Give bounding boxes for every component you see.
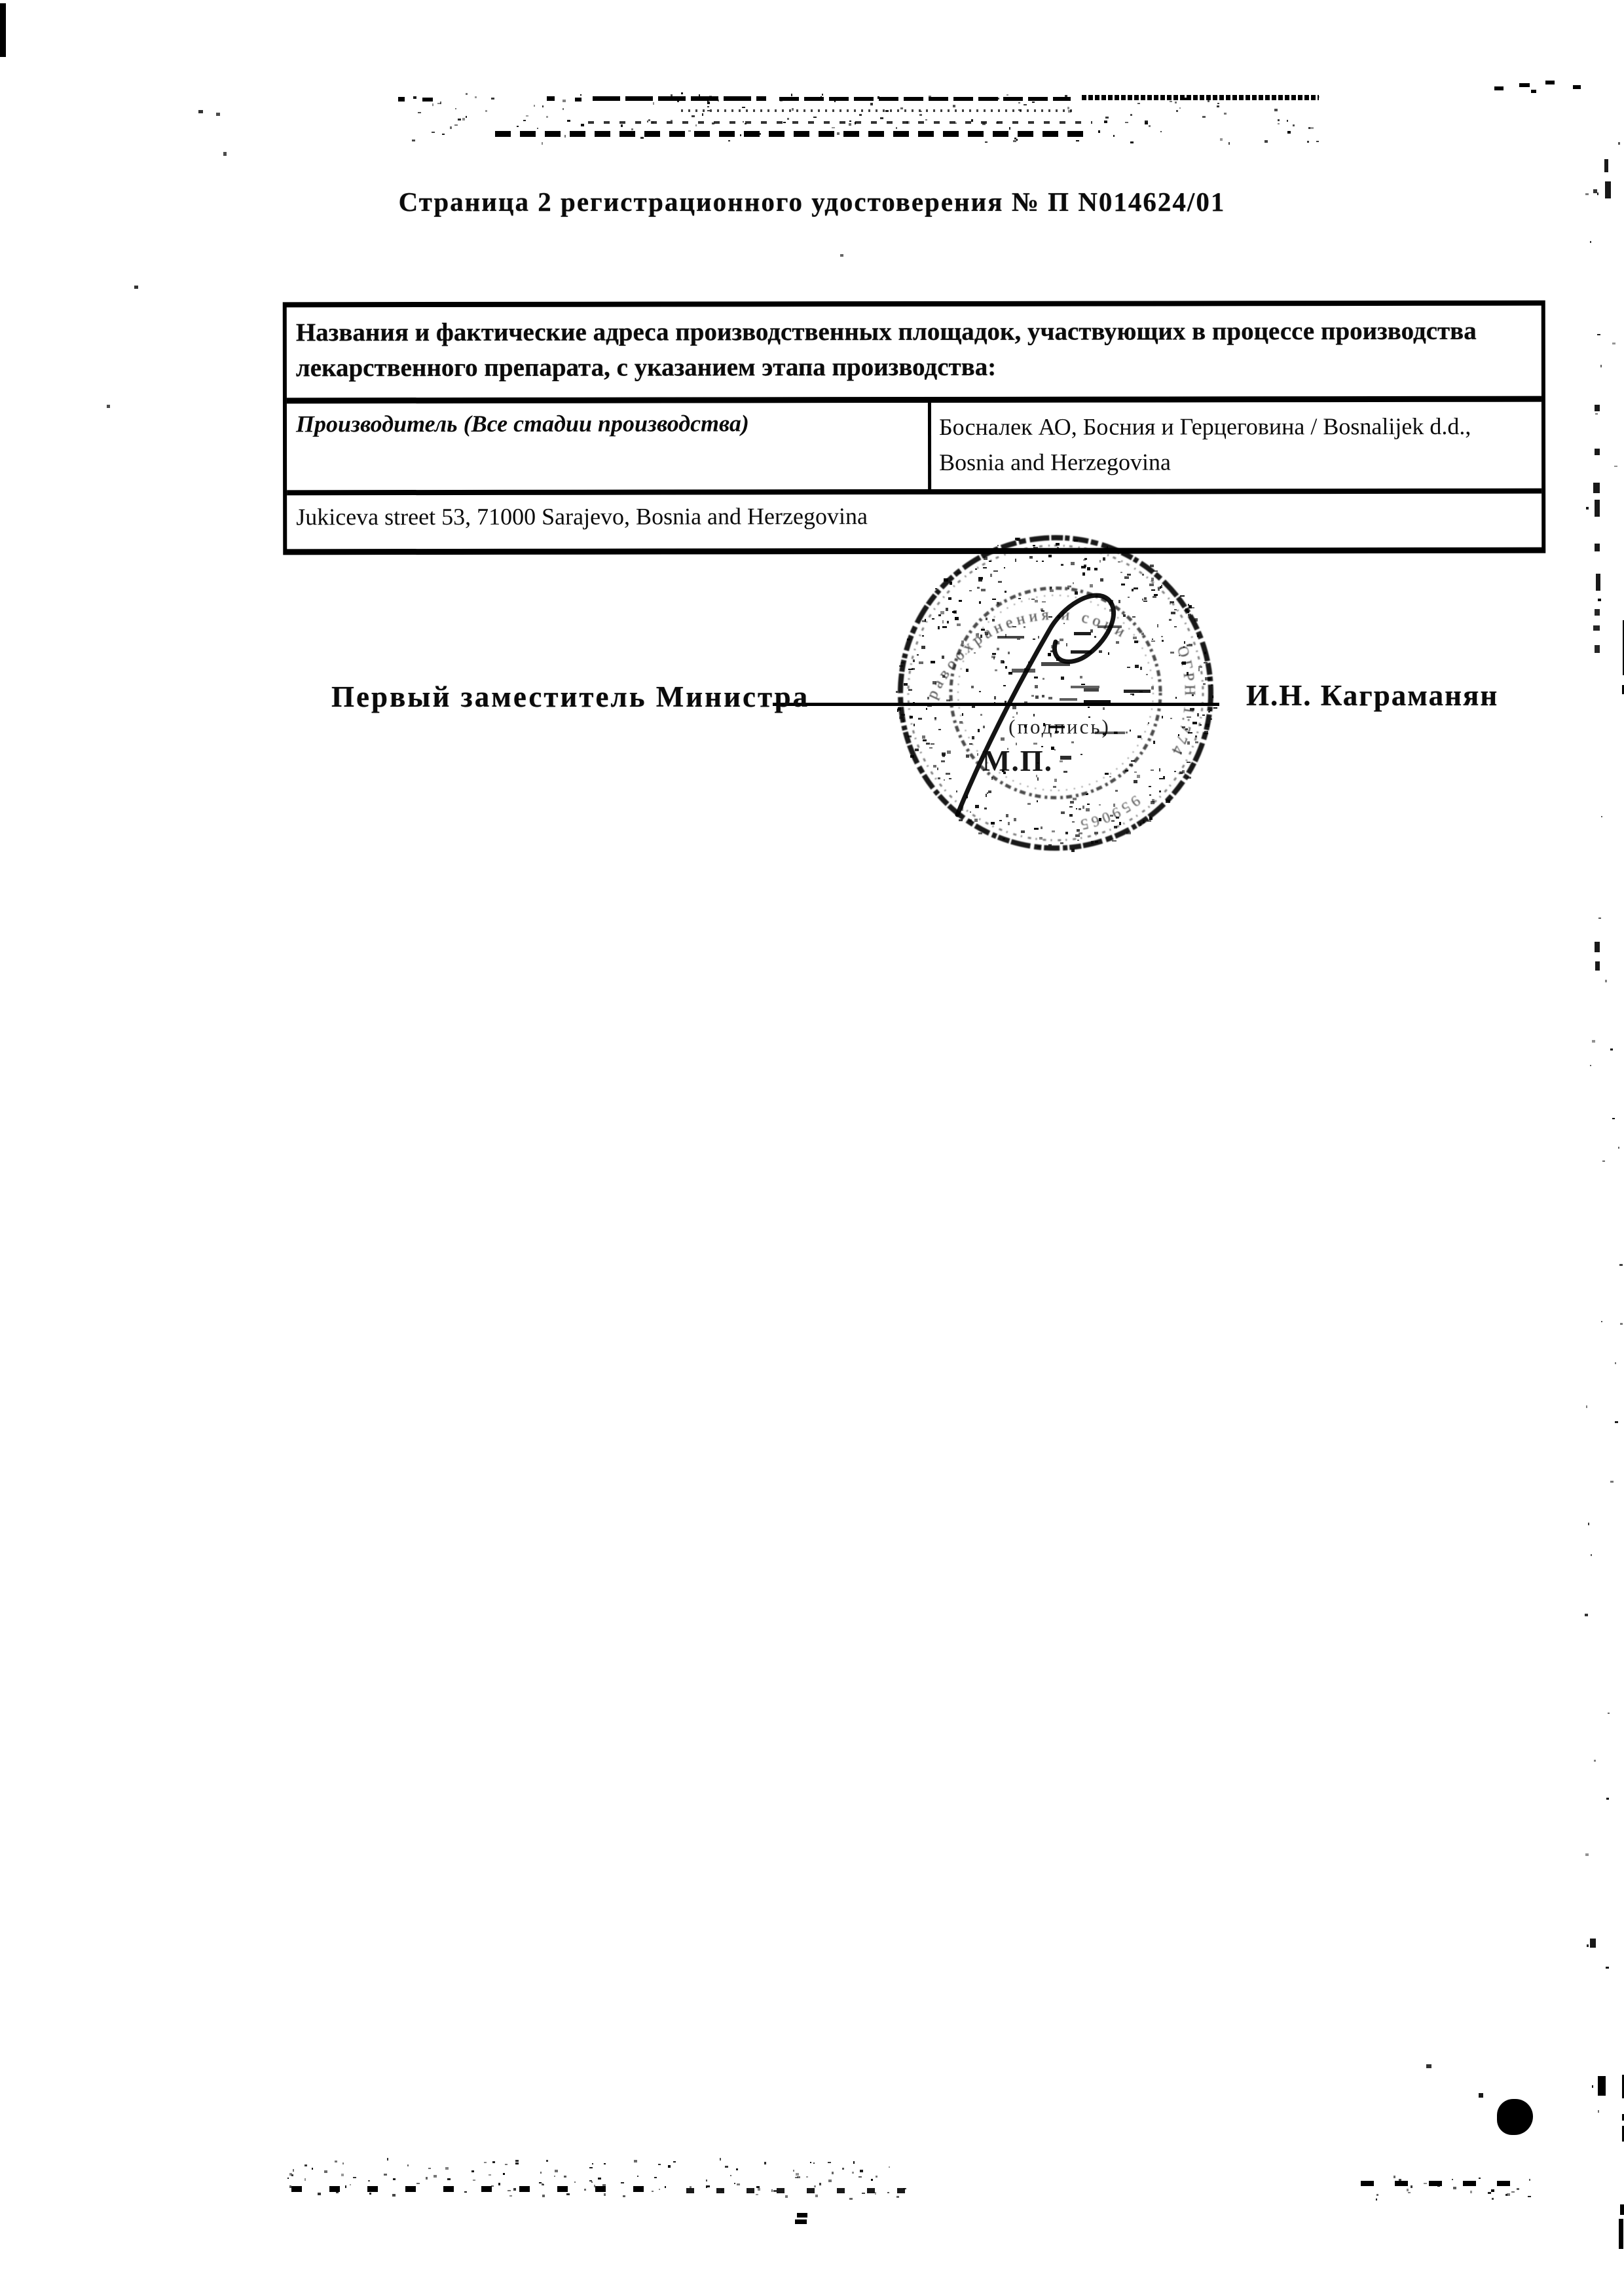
scan-artifact [1024, 626, 1025, 628]
scan-artifact [1067, 107, 1069, 109]
scan-artifact [1153, 596, 1156, 598]
scan-artifact [1606, 1798, 1609, 1800]
scan-artifact [1170, 101, 1172, 102]
scan-artifact [947, 621, 949, 623]
scan-artifact [1074, 540, 1078, 542]
scan-artifact [1081, 566, 1086, 568]
scan-artifact [1120, 572, 1122, 573]
scan-artifact [671, 120, 673, 121]
scan-artifact [546, 116, 548, 118]
scan-artifact [537, 128, 538, 129]
scan-artifact [980, 635, 982, 638]
table-header: Названия и фактические адреса производст… [287, 306, 1541, 403]
scan-artifact [387, 2158, 388, 2161]
scan-artifact [598, 2178, 601, 2180]
scan-artifact [984, 557, 987, 560]
scan-artifact [1595, 942, 1600, 952]
scan-artifact [464, 2191, 467, 2193]
scan-artifact [1109, 609, 1113, 612]
scan-artifact [969, 819, 972, 822]
scan-artifact [555, 2170, 558, 2172]
scan-artifact [640, 137, 644, 139]
scan-artifact [1023, 549, 1025, 552]
scan-artifact [492, 2161, 495, 2163]
scan-artifact [681, 109, 1074, 112]
scan-artifact [1142, 574, 1144, 576]
scan-artifact [1595, 961, 1600, 971]
scan-artifact [1028, 661, 1030, 663]
scan-artifact [1042, 695, 1044, 697]
scan-artifact [756, 2194, 758, 2195]
scan-artifact [1479, 2093, 1483, 2098]
scan-artifact [983, 726, 985, 728]
scan-artifact [1069, 806, 1073, 807]
scan-artifact [1176, 110, 1178, 112]
scan-artifact [910, 716, 913, 718]
scan-artifact [462, 118, 465, 121]
scan-artifact [1075, 834, 1080, 837]
scan-artifact [997, 98, 999, 100]
scan-artifact [1111, 820, 1115, 822]
scan-artifact [1130, 114, 1132, 116]
scan-artifact [1110, 815, 1113, 817]
scan-artifact [1067, 585, 1071, 587]
scan-artifact [969, 590, 972, 591]
scan-artifact [783, 122, 786, 123]
scan-artifact [1393, 2176, 1395, 2178]
producer-row: Производитель (Все стадии производства) … [287, 401, 1541, 495]
scan-artifact [955, 617, 959, 620]
scan-artifact [1075, 591, 1078, 595]
scan-artifact [1618, 142, 1620, 145]
scan-artifact [1491, 2189, 1494, 2192]
scan-artifact [1065, 95, 1067, 98]
scan-artifact [944, 578, 948, 582]
scan-artifact [1140, 823, 1141, 826]
scan-artifact [592, 2163, 593, 2164]
scan-artifact [1195, 735, 1197, 737]
scan-artifact [1185, 728, 1188, 730]
scan-artifact [1149, 584, 1154, 586]
scan-artifact [725, 2166, 728, 2168]
scan-artifact [1151, 770, 1154, 771]
scan-artifact [475, 96, 477, 98]
scan-artifact [652, 121, 654, 124]
scan-artifact [1048, 653, 1051, 656]
scan-artifact [896, 691, 898, 693]
scan-artifact [1149, 786, 1151, 787]
scan-artifact [1150, 817, 1153, 820]
scan-artifact [1612, 1118, 1615, 1119]
scan-artifact [1060, 639, 1063, 641]
scan-artifact [974, 819, 978, 822]
scan-artifact [1041, 826, 1043, 829]
scan-artifact [1264, 140, 1268, 143]
scan-artifact [994, 702, 995, 704]
scan-artifact [1187, 777, 1191, 779]
scan-artifact [293, 2169, 294, 2172]
scan-artifact [990, 574, 992, 577]
scan-artifact [581, 124, 584, 126]
scan-artifact [1601, 816, 1602, 817]
scan-artifact [350, 2184, 351, 2185]
scan-artifact [1052, 830, 1055, 832]
scan-artifact [986, 794, 987, 797]
scan-artifact [1081, 552, 1083, 553]
scan-artifact [1585, 193, 1589, 195]
scan-artifact [1318, 96, 1319, 98]
scan-artifact [523, 120, 526, 121]
scan-artifact [1194, 618, 1198, 622]
scan-artifact [813, 2162, 815, 2164]
scan-artifact [1134, 771, 1137, 773]
scan-artifact [946, 608, 948, 611]
scan-artifact [1453, 2187, 1456, 2189]
scan-artifact [1050, 650, 1053, 652]
scan-artifact [1479, 2178, 1481, 2179]
scan-artifact [814, 2185, 816, 2187]
scan-artifact [917, 654, 919, 656]
scan-artifact [1197, 713, 1199, 716]
producer-label-cell: Производитель (Все стадии производства) [287, 403, 931, 490]
scan-artifact [1071, 686, 1099, 688]
scan-artifact [1161, 636, 1163, 637]
scan-artifact [658, 2164, 661, 2165]
official-stamp: равоохранения и соци ОГРН 1:774 959065 [859, 496, 1252, 889]
scan-artifact [959, 600, 962, 602]
scan-artifact [1590, 1065, 1591, 1066]
scan-artifact [1189, 605, 1192, 608]
scan-artifact [709, 96, 712, 97]
scan-artifact [1043, 723, 1045, 726]
scan-artifact [979, 691, 981, 692]
scan-artifact [1070, 801, 1074, 804]
scan-artifact [1071, 562, 1075, 565]
scan-artifact [955, 122, 957, 124]
scan-artifact [1147, 820, 1151, 822]
scan-artifact [1190, 708, 1194, 711]
scan-artifact [517, 126, 519, 127]
scan-artifact [1160, 131, 1162, 132]
scan-artifact [1007, 748, 1008, 750]
scan-artifact [974, 652, 976, 654]
scan-artifact [971, 686, 974, 688]
scan-artifact [1187, 716, 1191, 718]
scan-artifact [1179, 655, 1180, 656]
scan-artifact [821, 96, 822, 98]
scan-artifact [1054, 749, 1056, 751]
scan-artifact [1137, 103, 1140, 104]
scan-artifact [1492, 2198, 1494, 2200]
scan-artifact [743, 121, 744, 122]
scan-artifact [1180, 752, 1182, 754]
scan-artifact [1604, 159, 1608, 172]
scan-artifact [473, 2180, 475, 2181]
scan-artifact [885, 110, 889, 112]
scan-artifact [1110, 600, 1113, 603]
page-title: Страница 2 регистрационного удостоверени… [0, 186, 1624, 217]
scan-artifact [1517, 2188, 1519, 2190]
scan-artifact [652, 2191, 654, 2192]
scan-artifact [1112, 840, 1116, 842]
scan-artifact [1132, 616, 1135, 618]
scan-artifact [1014, 138, 1016, 139]
scan-artifact [1595, 645, 1600, 653]
scan-artifact [1073, 582, 1074, 584]
scan-artifact [976, 633, 979, 637]
scan-artifact [876, 2176, 877, 2178]
scan-artifact [938, 777, 940, 779]
scan-artifact [1598, 2110, 1599, 2113]
scan-artifact [1208, 100, 1209, 102]
scan-artifact [904, 683, 908, 686]
scan-artifact [961, 640, 964, 644]
scan-artifact [978, 729, 980, 732]
scan-artifact [582, 132, 583, 134]
scan-artifact [913, 702, 915, 705]
scan-artifact [925, 119, 927, 121]
scan-artifact [1018, 102, 1020, 103]
scan-artifact [621, 124, 623, 127]
scan-artifact [0, 3, 6, 57]
scan-artifact [908, 735, 912, 737]
scan-artifact [1217, 105, 1219, 107]
scan-artifact [938, 729, 941, 730]
scan-artifact [795, 2177, 798, 2178]
scan-artifact [1602, 1160, 1605, 1162]
scan-artifact [828, 2180, 832, 2182]
scan-artifact [1507, 2193, 1510, 2196]
scan-artifact [1278, 123, 1280, 124]
scan-artifact [1595, 413, 1598, 415]
scan-artifact [398, 97, 405, 102]
scan-artifact [665, 2186, 666, 2188]
scan-artifact [371, 2188, 373, 2189]
scan-artifact [1098, 625, 1122, 628]
scan-artifact [1470, 2191, 1472, 2193]
scan-artifact [498, 2183, 500, 2185]
scan-artifact [901, 662, 904, 663]
scan-artifact [1005, 591, 1006, 593]
scan-artifact [1005, 701, 1006, 703]
scan-artifact [1009, 127, 1010, 130]
scan-artifact [1113, 135, 1115, 137]
scan-artifact [1595, 500, 1600, 517]
scan-artifact [1048, 555, 1052, 557]
scan-artifact [1071, 741, 1074, 743]
scan-artifact [1079, 808, 1081, 810]
scan-artifact [926, 743, 930, 745]
scan-artifact [837, 132, 840, 135]
scan-artifact [822, 94, 823, 96]
scan-artifact [542, 2195, 545, 2197]
scan-artifact [1162, 716, 1163, 718]
scan-artifact [1051, 747, 1054, 750]
scan-artifact [840, 254, 843, 257]
scan-artifact [458, 119, 461, 121]
scan-artifact [312, 2168, 313, 2170]
scan-artifact [1126, 832, 1131, 834]
scan-artifact [1008, 822, 1010, 825]
scan-artifact [832, 2172, 834, 2174]
scan-artifact [542, 2183, 544, 2185]
scan-artifact [1124, 690, 1151, 693]
scan-artifact [1056, 658, 1060, 661]
scan-artifact [959, 721, 963, 724]
scan-artifact [1077, 829, 1080, 832]
scan-artifact [1088, 707, 1090, 708]
scan-artifact [1585, 1614, 1588, 1616]
scan-artifact [1307, 141, 1309, 143]
scan-artifact [1060, 842, 1063, 844]
scan-artifact [1143, 820, 1145, 823]
scan-artifact [1183, 646, 1185, 648]
scan-artifact [718, 100, 719, 102]
scan-artifact [849, 123, 851, 126]
scan-artifact [927, 705, 932, 707]
scan-artifact [1192, 694, 1194, 696]
scan-artifact [564, 135, 566, 138]
scan-artifact [1426, 2064, 1431, 2068]
scan-artifact [1137, 775, 1140, 778]
scan-artifact [1192, 722, 1197, 724]
scan-artifact [897, 709, 898, 712]
scan-artifact [1098, 130, 1100, 133]
scan-artifact [1134, 640, 1138, 643]
scan-artifact [1587, 1944, 1589, 1947]
ink-blot-dot [1497, 2099, 1533, 2135]
scan-artifact [875, 2192, 876, 2195]
scan-artifact [1150, 565, 1154, 567]
scan-artifact [1591, 1554, 1592, 1556]
scan-artifact [1278, 119, 1280, 121]
scan-artifact [1149, 125, 1151, 127]
scan-artifact [1024, 725, 1027, 728]
scan-artifact [1053, 786, 1056, 788]
scan-artifact [1121, 584, 1125, 585]
scan-artifact [1116, 641, 1119, 644]
scan-artifact [1060, 698, 1077, 701]
scan-artifact [942, 675, 945, 678]
scan-artifact [1128, 597, 1130, 598]
scan-artifact [920, 111, 922, 112]
scan-artifact [1132, 694, 1134, 696]
scan-artifact [1620, 1323, 1623, 1325]
scan-artifact [1058, 615, 1060, 618]
scan-artifact [1126, 732, 1128, 733]
scan-artifact [834, 100, 836, 102]
scan-artifact [948, 597, 951, 600]
scan-artifact [1187, 644, 1189, 646]
scan-artifact [1531, 90, 1536, 93]
scan-artifact [1043, 678, 1044, 680]
scan-artifact [335, 2161, 337, 2162]
scan-artifact [797, 2213, 807, 2218]
scan-artifact [931, 661, 935, 663]
scan-artifact [880, 117, 883, 119]
scan-artifact [1063, 771, 1067, 773]
scan-artifact [1037, 846, 1041, 847]
scan-artifact [1586, 507, 1589, 510]
scan-artifact [1086, 794, 1087, 795]
scan-artifact [706, 2185, 707, 2188]
scan-artifact [466, 116, 467, 118]
scan-artifact [1087, 804, 1090, 805]
scan-artifact [1598, 599, 1601, 601]
scan-artifact [998, 581, 1002, 583]
scan-artifact [1024, 701, 1027, 703]
scan-artifact [728, 140, 730, 141]
scan-artifact [1123, 704, 1127, 706]
scan-artifact [287, 2178, 289, 2179]
scan-artifact [929, 747, 932, 749]
scan-artifact [1082, 95, 1319, 100]
scan-artifact [1376, 2199, 1377, 2200]
scan-artifact [1316, 141, 1319, 142]
scan-artifact [1031, 599, 1035, 600]
scan-artifact [953, 105, 955, 107]
scan-artifact [921, 646, 925, 649]
scan-artifact [946, 773, 950, 775]
scan-artifact [1519, 83, 1530, 87]
scan-artifact [1152, 799, 1154, 802]
scan-artifact [574, 2181, 576, 2183]
scan-artifact [1151, 578, 1154, 581]
scan-artifact [991, 822, 995, 825]
scan-artifact [1049, 726, 1065, 728]
scan-artifact [871, 2179, 873, 2181]
scan-artifact [1100, 578, 1103, 582]
scan-artifact [1135, 665, 1139, 668]
scan-artifact [1076, 140, 1079, 141]
scan-artifact [1610, 1049, 1613, 1050]
scan-artifact [922, 735, 925, 739]
scan-artifact [707, 100, 709, 102]
scan-artifact [957, 623, 961, 626]
scan-artifact [1198, 668, 1200, 671]
scan-artifact [1094, 636, 1096, 638]
scan-artifact [1130, 730, 1131, 732]
scan-artifact [428, 2168, 431, 2169]
scan-artifact [795, 2219, 807, 2224]
scan-artifact [923, 739, 927, 741]
scan-artifact [1016, 139, 1018, 141]
scan-artifact [1210, 718, 1212, 720]
scan-artifact [993, 657, 995, 659]
scan-artifact [1211, 684, 1213, 686]
scan-artifact [1099, 804, 1101, 806]
scan-artifact [1612, 343, 1615, 344]
scan-artifact [1034, 677, 1038, 678]
scan-artifact [832, 127, 835, 128]
scan-artifact [1072, 821, 1075, 823]
scan-artifact [994, 696, 996, 699]
scan-artifact [966, 669, 969, 672]
scan-artifact [484, 2162, 487, 2163]
scan-artifact [1545, 81, 1555, 84]
scan-artifact [584, 2189, 586, 2191]
scan-artifact [1178, 734, 1179, 736]
scan-artifact [935, 588, 937, 589]
scan-artifact [563, 108, 564, 110]
scan-artifact [1048, 844, 1052, 846]
scan-artifact [859, 114, 862, 116]
scan-artifact [216, 113, 220, 116]
scan-artifact [1600, 365, 1602, 367]
scan-artifact [813, 117, 817, 118]
scan-artifact [580, 94, 581, 96]
scan-artifact [1054, 779, 1057, 782]
